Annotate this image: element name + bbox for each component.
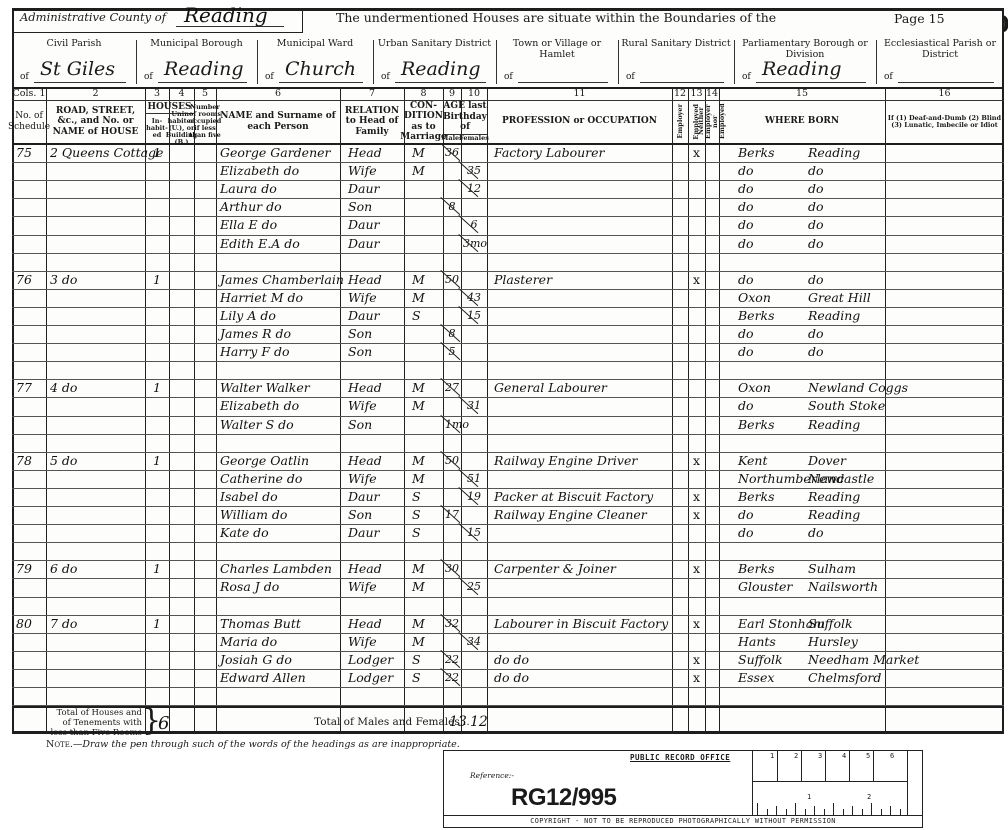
relation: Head bbox=[348, 380, 382, 396]
boundary-prefix: of bbox=[742, 72, 751, 82]
boundary-prefix: of bbox=[884, 72, 893, 82]
born-place: do bbox=[808, 163, 824, 179]
header-relation: RELATION to Head of Family bbox=[340, 101, 404, 142]
female-age: 15 bbox=[463, 526, 485, 539]
relation: Son bbox=[348, 344, 372, 360]
person-name: Catherine do bbox=[220, 471, 302, 487]
born-county: Berks bbox=[738, 145, 775, 161]
employed-mark: x bbox=[693, 489, 700, 505]
relation: Wife bbox=[348, 471, 377, 487]
condition: M bbox=[412, 561, 425, 577]
born-place: do bbox=[808, 525, 824, 541]
male-age: 8 bbox=[445, 200, 459, 213]
scale-ruler: 12345612 bbox=[752, 751, 908, 815]
ruler-tick bbox=[833, 803, 834, 815]
intro-text: The undermentioned Houses are situate wi… bbox=[336, 10, 776, 25]
occupation: Railway Engine Driver bbox=[494, 453, 637, 469]
ruler-tick bbox=[871, 803, 872, 815]
ruler-cm-label: 4 bbox=[842, 752, 846, 760]
born-place: Reading bbox=[808, 507, 860, 523]
table-row: Catherine doWifeM51NorthumberlandNewcast… bbox=[0, 470, 1008, 488]
boundary-prefix: of bbox=[20, 72, 29, 82]
ruler-cm-label: 2 bbox=[794, 752, 798, 760]
header-employer-text: Employer bbox=[677, 104, 684, 139]
person-name: Maria do bbox=[220, 634, 277, 650]
female-age: 43 bbox=[463, 291, 485, 304]
born-county: do bbox=[738, 272, 754, 288]
condition: M bbox=[412, 471, 425, 487]
table-row: Lily A doDaurS15BerksReading bbox=[0, 307, 1008, 325]
table-row: Kate doDaurS15dodo bbox=[0, 524, 1008, 542]
relation: Daur bbox=[348, 181, 380, 197]
inhabited-count: 1 bbox=[153, 616, 161, 632]
column-number: 6 bbox=[216, 89, 340, 99]
relation: Wife bbox=[348, 398, 377, 414]
relation: Wife bbox=[348, 634, 377, 650]
ruler-cm-mark bbox=[825, 751, 826, 781]
male-age: 36 bbox=[445, 146, 459, 159]
header-name: NAME and Surname of each Person bbox=[216, 101, 340, 142]
born-place: do bbox=[808, 344, 824, 360]
column-number: 15 bbox=[719, 89, 885, 99]
reference-label: Reference:- bbox=[470, 771, 514, 780]
condition: S bbox=[412, 652, 421, 668]
person-name: Kate do bbox=[220, 525, 269, 541]
column-number: Cols. 1 bbox=[12, 89, 46, 99]
born-county: do bbox=[738, 525, 754, 541]
schedule-number: 79 bbox=[16, 561, 32, 577]
ruler-cm-label: 5 bbox=[866, 752, 870, 760]
copyright-notice: COPYRIGHT - NOT TO BE REPRODUCED PHOTOGR… bbox=[444, 815, 922, 828]
table-row: Elizabeth doWifeM31doSouth Stoke bbox=[0, 397, 1008, 415]
ruler-cm-mark bbox=[777, 751, 778, 781]
table-row bbox=[0, 597, 1008, 615]
male-age: 17 bbox=[445, 508, 459, 521]
relation: Head bbox=[348, 616, 382, 632]
column-number: 5 bbox=[194, 89, 216, 99]
employed-mark: x bbox=[693, 507, 700, 523]
relation: Daur bbox=[348, 525, 380, 541]
ruler-tick bbox=[814, 806, 815, 815]
ruler-tick bbox=[795, 803, 796, 815]
born-place: do bbox=[808, 236, 824, 252]
table-row: Ella E doDaur6dodo bbox=[0, 216, 1008, 234]
born-county: do bbox=[738, 163, 754, 179]
born-county: do bbox=[738, 326, 754, 342]
male-age: 8 bbox=[445, 327, 459, 340]
person-name: Walter Walker bbox=[220, 380, 310, 396]
condition: M bbox=[412, 453, 425, 469]
employed-mark: x bbox=[693, 561, 700, 577]
page-number: Page 15 bbox=[894, 11, 945, 26]
condition: M bbox=[412, 634, 425, 650]
relation: Head bbox=[348, 272, 382, 288]
condition: S bbox=[412, 507, 421, 523]
reference-number: RG12/995 bbox=[511, 784, 616, 812]
table-row: William doSonS17Railway Engine Cleanerxd… bbox=[0, 506, 1008, 524]
condition: M bbox=[412, 616, 425, 632]
schedule-number: 76 bbox=[16, 272, 32, 288]
table-row bbox=[0, 434, 1008, 452]
header-females: Females bbox=[461, 134, 487, 142]
address: 5 do bbox=[50, 453, 77, 469]
born-place: do bbox=[808, 199, 824, 215]
person-name: Charles Lambden bbox=[220, 561, 332, 577]
column-number: 12 bbox=[672, 89, 688, 99]
males-females-total-label: Total of Males and Females... bbox=[314, 716, 470, 728]
males-total: 13 bbox=[449, 714, 467, 730]
boundary-heading: Municipal Borough bbox=[136, 38, 257, 49]
ruler-cm-label: 3 bbox=[818, 752, 822, 760]
relation: Head bbox=[348, 145, 382, 161]
female-age: 34 bbox=[463, 635, 485, 648]
boundary-value: St Giles bbox=[34, 56, 126, 83]
ruler-cm-mark bbox=[849, 751, 850, 781]
relation: Son bbox=[348, 417, 372, 433]
relation: Daur bbox=[348, 236, 380, 252]
schedule-number: 75 bbox=[16, 145, 32, 161]
male-age: 1mo bbox=[445, 418, 459, 431]
born-place: Dover bbox=[808, 453, 846, 469]
boundary-value: Church bbox=[279, 56, 363, 83]
condition: M bbox=[412, 145, 425, 161]
born-place: do bbox=[808, 181, 824, 197]
inhabited-count: 1 bbox=[153, 145, 161, 161]
condition: M bbox=[412, 579, 425, 595]
boundary-divider bbox=[373, 40, 374, 84]
column-number: 2 bbox=[46, 89, 145, 99]
inhabited-count: 1 bbox=[153, 561, 161, 577]
employed-mark: x bbox=[693, 145, 700, 161]
born-county: Glouster bbox=[738, 579, 792, 595]
born-county: do bbox=[738, 217, 754, 233]
admin-county-value: Reading bbox=[176, 4, 284, 27]
female-age: 35 bbox=[463, 164, 485, 177]
occupation: Packer at Biscuit Factory bbox=[494, 489, 653, 505]
table-row: Edith E.A doDaur3mododo bbox=[0, 235, 1008, 253]
boundary-value bbox=[640, 56, 724, 83]
relation: Daur bbox=[348, 489, 380, 505]
header-condition: CON-DITION as to Marriage bbox=[404, 101, 443, 142]
born-place: Great Hill bbox=[808, 290, 871, 306]
condition: M bbox=[412, 380, 425, 396]
born-place: do bbox=[808, 272, 824, 288]
occupation: do do bbox=[494, 670, 529, 686]
person-name: George Oatlin bbox=[220, 453, 309, 469]
male-age: 27 bbox=[445, 381, 459, 394]
header-neither: Neither Employer nor Employed bbox=[705, 101, 719, 142]
address: 3 do bbox=[50, 272, 77, 288]
occupation: do do bbox=[494, 652, 529, 668]
relation: Head bbox=[348, 453, 382, 469]
address: 2 Queens Cottage bbox=[50, 145, 163, 161]
column-number: 9 bbox=[443, 89, 461, 99]
male-age: 22 bbox=[445, 653, 459, 666]
boundary-prefix: of bbox=[265, 72, 274, 82]
table-row: Harriet M doWifeM43OxonGreat Hill bbox=[0, 289, 1008, 307]
condition: S bbox=[412, 670, 421, 686]
column-number: 13 bbox=[688, 89, 705, 99]
employed-mark: x bbox=[693, 670, 700, 686]
header-occupation: PROFESSION or OCCUPATION bbox=[487, 101, 672, 142]
address: 4 do bbox=[50, 380, 77, 396]
person-name: Walter S do bbox=[220, 417, 294, 433]
born-place: Needham Market bbox=[808, 652, 919, 668]
boundary-heading: Rural Sanitary District bbox=[618, 38, 734, 49]
boundary-3: Municipal WardofChurch bbox=[257, 34, 373, 88]
column-number: 16 bbox=[885, 89, 1004, 99]
table-row: Arthur doSon8dodo bbox=[0, 198, 1008, 216]
male-age: 50 bbox=[445, 454, 459, 467]
boundary-divider bbox=[136, 40, 137, 84]
employed-mark: x bbox=[693, 652, 700, 668]
admin-county-label: Administrative County of bbox=[20, 10, 166, 24]
person-name: Lily A do bbox=[220, 308, 276, 324]
born-place: Reading bbox=[808, 417, 860, 433]
person-name: George Gardener bbox=[220, 145, 331, 161]
boundary-1: Civil ParishofSt Giles bbox=[12, 34, 136, 88]
born-county: do bbox=[738, 344, 754, 360]
column-number: 8 bbox=[404, 89, 443, 99]
occupation: Factory Labourer bbox=[494, 145, 605, 161]
header-road: ROAD, STREET, &c., and No. or NAME of HO… bbox=[46, 101, 145, 142]
person-name: Elizabeth do bbox=[220, 398, 299, 414]
female-age: 3mo bbox=[463, 237, 485, 250]
born-place: Reading bbox=[808, 308, 860, 324]
inhabited-count: 1 bbox=[153, 272, 161, 288]
person-name: Isabel do bbox=[220, 489, 278, 505]
occupation: General Labourer bbox=[494, 380, 607, 396]
relation: Son bbox=[348, 507, 372, 523]
condition: M bbox=[412, 290, 425, 306]
male-age: 32 bbox=[445, 617, 459, 630]
table-row: James R doSon8dodo bbox=[0, 325, 1008, 343]
table-row: Walter S doSon1moBerksReading bbox=[0, 416, 1008, 434]
born-place: do bbox=[808, 326, 824, 342]
boundary-value bbox=[898, 56, 994, 83]
ruler-tick bbox=[776, 806, 777, 815]
male-age: 5 bbox=[445, 345, 459, 358]
female-age: 51 bbox=[463, 472, 485, 485]
table-row: Maria doWifeM34HantsHursley bbox=[0, 633, 1008, 651]
table-row bbox=[0, 542, 1008, 560]
ruler-tick bbox=[757, 803, 758, 815]
boundary-prefix: of bbox=[504, 72, 513, 82]
table-row: 763 do1James ChamberlainHeadM50Plasterer… bbox=[0, 271, 1008, 289]
female-age: 25 bbox=[463, 580, 485, 593]
born-county: do bbox=[738, 181, 754, 197]
boundary-divider bbox=[734, 40, 735, 84]
boundary-value bbox=[518, 56, 608, 83]
born-county: do bbox=[738, 236, 754, 252]
table-row: Elizabeth doWifeM35dodo bbox=[0, 162, 1008, 180]
table-row bbox=[0, 253, 1008, 271]
header-born: WHERE BORN bbox=[719, 101, 885, 142]
born-county: Berks bbox=[738, 561, 775, 577]
born-county: do bbox=[738, 199, 754, 215]
ruler-cm-label: 1 bbox=[770, 752, 774, 760]
inhabited-count: 1 bbox=[153, 380, 161, 396]
boundary-heading: Civil Parish bbox=[12, 38, 136, 49]
schedule-number: 78 bbox=[16, 453, 32, 469]
ruler-tick bbox=[852, 806, 853, 815]
relation: Daur bbox=[348, 217, 380, 233]
born-place: Nailsworth bbox=[808, 579, 878, 595]
person-name: Elizabeth do bbox=[220, 163, 299, 179]
born-place: Suffolk bbox=[808, 616, 853, 632]
relation: Lodger bbox=[348, 670, 393, 686]
born-county: Berks bbox=[738, 489, 775, 505]
born-place: Newcastle bbox=[808, 471, 874, 487]
born-place: Newland Coggs bbox=[808, 380, 908, 396]
table-row bbox=[0, 361, 1008, 379]
employed-mark: x bbox=[693, 616, 700, 632]
footnote: Note.—Draw the pen through such of the w… bbox=[46, 739, 460, 750]
header-schedule: No. of Schedule bbox=[12, 101, 46, 142]
boundary-heading: Municipal Ward bbox=[257, 38, 373, 49]
condition: M bbox=[412, 398, 425, 414]
relation: Wife bbox=[348, 579, 377, 595]
person-name: Edith E.A do bbox=[220, 236, 300, 252]
born-place: Chelmsford bbox=[808, 670, 881, 686]
relation: Son bbox=[348, 199, 372, 215]
relation: Head bbox=[348, 561, 382, 577]
ruler-cm-mark bbox=[801, 751, 802, 781]
ruler-inch-label: 2 bbox=[867, 793, 871, 801]
person-name: Rosa J do bbox=[220, 579, 279, 595]
born-place: South Stoke bbox=[808, 398, 885, 414]
column-number: 10 bbox=[461, 89, 487, 99]
male-age: 30 bbox=[445, 562, 459, 575]
condition: M bbox=[412, 272, 425, 288]
born-county: Kent bbox=[738, 453, 767, 469]
born-place: Reading bbox=[808, 145, 860, 161]
boundary-prefix: of bbox=[626, 72, 635, 82]
person-name: Josiah G do bbox=[220, 652, 292, 668]
boundary-prefix: of bbox=[381, 72, 390, 82]
table-row: Edward AllenLodgerS22do doxEssexChelmsfo… bbox=[0, 669, 1008, 687]
stamp-title: PUBLIC RECORD OFFICE bbox=[630, 753, 730, 762]
ruler-cm-label: 6 bbox=[890, 752, 894, 760]
person-name: Edward Allen bbox=[220, 670, 306, 686]
boundary-prefix: of bbox=[144, 72, 153, 82]
person-name: Thomas Butt bbox=[220, 616, 301, 632]
boundary-value: Reading bbox=[756, 56, 866, 83]
born-place: Sulham bbox=[808, 561, 856, 577]
female-age: 15 bbox=[463, 309, 485, 322]
ruler-inch-label: 1 bbox=[807, 793, 811, 801]
female-age: 19 bbox=[463, 490, 485, 503]
female-age: 31 bbox=[463, 399, 485, 412]
table-row: Rosa J doWifeM25GlousterNailsworth bbox=[0, 578, 1008, 596]
person-name: Harry F do bbox=[220, 344, 290, 360]
condition: S bbox=[412, 489, 421, 505]
houses-total-value: 6 bbox=[158, 716, 169, 732]
male-age: 50 bbox=[445, 273, 459, 286]
occupation: Carpenter & Joiner bbox=[494, 561, 616, 577]
relation: Wife bbox=[348, 163, 377, 179]
male-age: 22 bbox=[445, 671, 459, 684]
born-county: Hants bbox=[738, 634, 776, 650]
born-county: do bbox=[738, 507, 754, 523]
column-number: 3 bbox=[145, 89, 169, 99]
born-county: Suffolk bbox=[738, 652, 783, 668]
boundary-7: Parliamentary Borough or DivisionofReadi… bbox=[734, 34, 876, 88]
boundary-row: Civil ParishofSt GilesMunicipal Borougho… bbox=[12, 34, 1004, 88]
ruler-cm-mark bbox=[873, 751, 874, 781]
boundary-6: Rural Sanitary Districtof bbox=[618, 34, 734, 88]
table-row: 807 do1Thomas ButtHeadM32Labourer in Bis… bbox=[0, 615, 1008, 633]
boundary-divider bbox=[618, 40, 619, 84]
table-row: Harry F doSon5dodo bbox=[0, 343, 1008, 361]
born-place: Reading bbox=[808, 489, 860, 505]
boundary-heading: Urban Sanitary District bbox=[373, 38, 496, 49]
born-county: do bbox=[738, 398, 754, 414]
employed-mark: x bbox=[693, 272, 700, 288]
address: 7 do bbox=[50, 616, 77, 632]
schedule-number: 77 bbox=[16, 380, 32, 396]
females-total: 12 bbox=[470, 714, 488, 730]
table-row: Laura doDaur12dodo bbox=[0, 180, 1008, 198]
person-name: James R do bbox=[220, 326, 291, 342]
boundary-value: Reading bbox=[158, 56, 247, 83]
born-county: Berks bbox=[738, 308, 775, 324]
address: 6 do bbox=[50, 561, 77, 577]
employed-mark: x bbox=[693, 453, 700, 469]
person-name: Harriet M do bbox=[220, 290, 303, 306]
column-number: 4 bbox=[169, 89, 194, 99]
occupation: Railway Engine Cleaner bbox=[494, 507, 647, 523]
relation: Wife bbox=[348, 290, 377, 306]
table-row: Josiah G doLodgerS22do doxSuffolkNeedham… bbox=[0, 651, 1008, 669]
boundary-5: Town or Village or Hamletof bbox=[496, 34, 618, 88]
table-row: Isabel doDaurS19Packer at Biscuit Factor… bbox=[0, 488, 1008, 506]
person-name: James Chamberlain bbox=[220, 272, 344, 288]
schedule-number: 80 bbox=[16, 616, 32, 632]
header-age: AGE last Birthday of bbox=[443, 101, 487, 133]
born-county: Essex bbox=[738, 670, 774, 686]
relation: Lodger bbox=[348, 652, 393, 668]
table-row: 785 do1George OatlinHeadM50Railway Engin… bbox=[0, 452, 1008, 470]
occupation: Labourer in Biscuit Factory bbox=[494, 616, 668, 632]
boundary-divider bbox=[876, 40, 877, 84]
boundary-value: Reading bbox=[395, 56, 486, 83]
table-row: 774 do1Walter WalkerHeadM27General Labou… bbox=[0, 379, 1008, 397]
born-county: Berks bbox=[738, 417, 775, 433]
condition: M bbox=[412, 163, 425, 179]
born-county: Oxon bbox=[738, 290, 771, 306]
column-number: 7 bbox=[340, 89, 404, 99]
boundary-2: Municipal BoroughofReading bbox=[136, 34, 257, 88]
header-rooms: Number of rooms occupied if less than fi… bbox=[194, 101, 216, 142]
boundary-4: Urban Sanitary DistrictofReading bbox=[373, 34, 496, 88]
person-name: Ella E do bbox=[220, 217, 277, 233]
table-row: 752 Queens Cottage1George GardenerHeadM3… bbox=[0, 144, 1008, 162]
female-age: 12 bbox=[463, 182, 485, 195]
relation: Daur bbox=[348, 308, 380, 324]
condition: S bbox=[412, 525, 421, 541]
female-age: 6 bbox=[463, 218, 485, 231]
person-name: William do bbox=[220, 507, 287, 523]
ruler-tick bbox=[890, 806, 891, 815]
boundary-8: Ecclesiastical Parish or Districtof bbox=[876, 34, 1004, 88]
boundary-divider bbox=[257, 40, 258, 84]
record-office-stamp: PUBLIC RECORD OFFICE Reference:- RG12/99… bbox=[443, 750, 923, 828]
occupation: Plasterer bbox=[494, 272, 552, 288]
condition: S bbox=[412, 308, 421, 324]
born-place: Hursley bbox=[808, 634, 858, 650]
person-name: Laura do bbox=[220, 181, 277, 197]
